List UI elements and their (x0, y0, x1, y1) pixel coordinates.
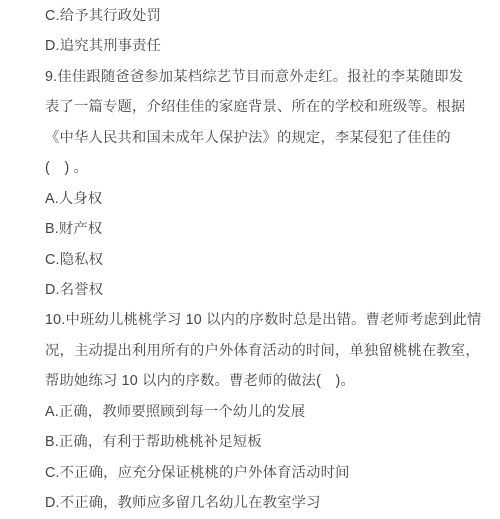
prev-question-option-d: D.追究其刑事责任 (45, 31, 464, 61)
q10-option-a: A.正确，教师要照顾到每一个幼儿的发展 (45, 397, 464, 427)
q10-option-b: B.正确，有利于帮助桃桃补足短板 (45, 427, 464, 457)
q9-stem-line-3: 《中华人民共和国未成年人保护法》的规定，李某侵犯了佳佳的 (45, 123, 464, 153)
q9-option-a: A.人身权 (45, 184, 464, 214)
q10-option-d: D.不正确，教师应多留几名幼儿在教室学习 (45, 488, 464, 518)
q9-option-b: B.财产权 (45, 214, 464, 244)
q10-stem-line-1: 10.中班幼儿桃桃学习 10 以内的序数时总是出错。曹老师考虑到此情 (45, 305, 464, 335)
exam-document: C.给予其行政处罚 D.追究其刑事责任 9.佳佳跟随爸爸参加某档综艺节目而意外走… (0, 0, 500, 519)
q9-option-d: D.名誉权 (45, 275, 464, 305)
prev-question-option-c: C.给予其行政处罚 (45, 1, 464, 31)
q9-stem-line-1: 9.佳佳跟随爸爸参加某档综艺节目而意外走红。报社的李某随即发 (45, 62, 464, 92)
q10-option-c: C.不正确，应充分保证桃桃的户外体育活动时间 (45, 458, 464, 488)
q9-option-c: C.隐私权 (45, 245, 464, 275)
q9-stem-line-2: 表了一篇专题，介绍佳佳的家庭背景、所在的学校和班级等。根据 (45, 92, 464, 122)
q10-stem-line-2: 况，主动提出利用所有的户外体育活动的时间，单独留桃桃在教室， (45, 336, 464, 366)
q10-stem-line-3: 帮助她练习 10 以内的序数。曹老师的做法( )。 (45, 366, 464, 396)
q9-stem-line-4: ( ) 。 (45, 153, 464, 183)
